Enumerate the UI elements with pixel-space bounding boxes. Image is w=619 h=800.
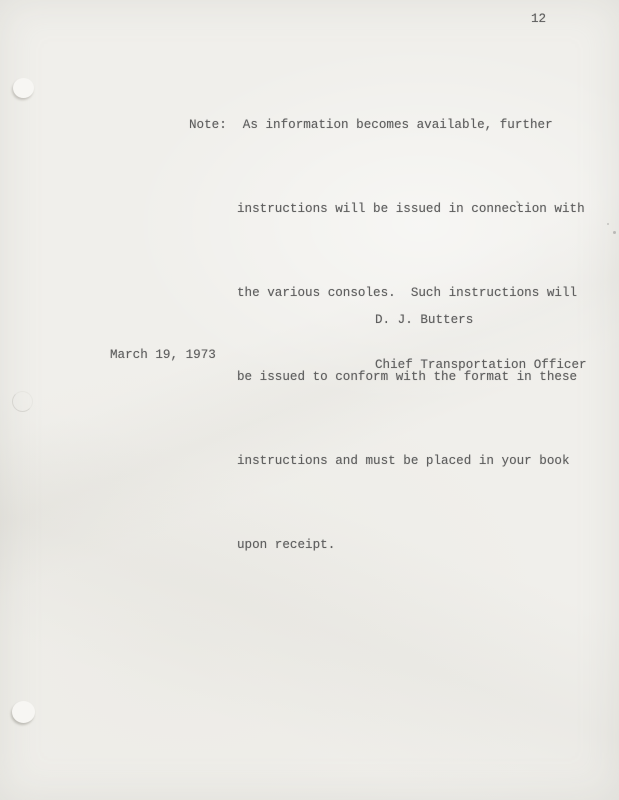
note-line: upon receipt.	[237, 531, 585, 559]
punch-hole-bottom	[12, 701, 35, 723]
paper-speck	[607, 223, 609, 225]
note-label: Note:	[189, 118, 227, 132]
punch-hole-middle	[12, 391, 33, 412]
note-line: instructions and must be placed in your …	[237, 447, 585, 475]
note-line: instructions will be issued in connectio…	[237, 195, 585, 223]
note-line-first: Note:As information becomes available, f…	[189, 111, 585, 139]
date-line: March 19, 1973	[110, 348, 216, 363]
paper-speck	[613, 231, 616, 234]
page-number: 12	[531, 12, 546, 26]
note-line-text: As information becomes available, furthe…	[243, 118, 553, 132]
signature-title: Chief Transportation Officer	[375, 358, 587, 373]
signature-block: D. J. Butters Chief Transportation Offic…	[375, 283, 587, 403]
signature-name: D. J. Butters	[375, 313, 587, 328]
punch-hole-top	[13, 78, 34, 98]
document-page: 12 Note:As information becomes available…	[0, 0, 619, 800]
